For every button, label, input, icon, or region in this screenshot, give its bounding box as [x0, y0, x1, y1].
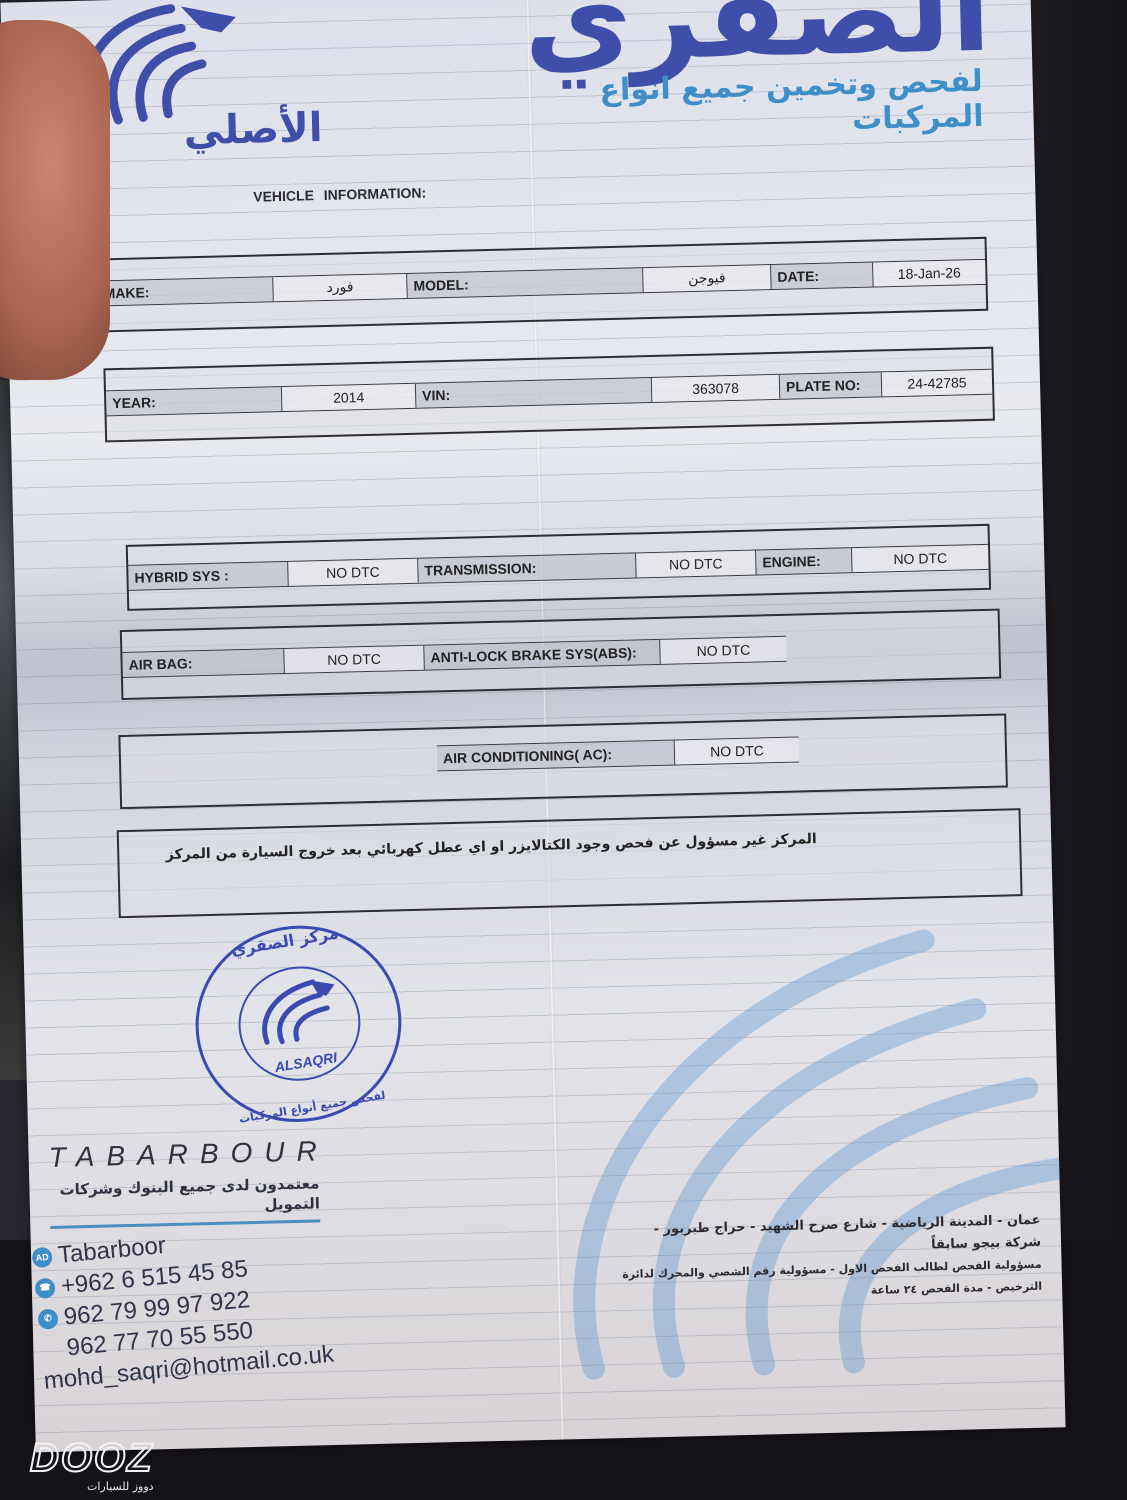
- hybrid-sys-label: HYBRID SYS :: [128, 562, 289, 590]
- transmission-label: TRANSMISSION:: [418, 553, 637, 582]
- model-label: MODEL:: [407, 268, 644, 298]
- systems-row-2: AIR BAG: NO DTC ANTI-LOCK BRAKE SYS(ABS)…: [122, 636, 786, 678]
- airbag-value: NO DTC: [284, 646, 425, 673]
- section-title: VEHICLE INFORMATION:: [253, 184, 426, 204]
- model-value: فيوجن: [643, 265, 772, 292]
- inspection-report-paper: الصقري الأصلي لفحص وتخمين جميع انواع الم…: [0, 0, 1065, 1452]
- plate-value: 24-42785: [882, 370, 993, 397]
- abs-label: ANTI-LOCK BRAKE SYS(ABS):: [424, 640, 661, 670]
- year-value: 2014: [282, 384, 417, 411]
- vin-label: VIN:: [416, 378, 653, 408]
- vin-value: 363078: [652, 375, 781, 402]
- vehicle-info-box-2: YEAR: 2014 VIN: 363078 PLATE NO: 24-4278…: [103, 347, 995, 443]
- falcon-watermark-icon: [502, 856, 1066, 1391]
- stamp-inner-ring: ALSAQRI: [230, 957, 369, 1089]
- watermark-subtitle: دووز للسيارات: [30, 1480, 154, 1493]
- contact-list: AD Tabarboor ☎ +962 6 515 45 85 ✆ 962 79…: [31, 1215, 335, 1397]
- vehicle-row-1: MAKE: فورد MODEL: فيوجن DATE: 18-Jan-26: [97, 259, 985, 307]
- systems-row-1: HYBRID SYS : NO DTC TRANSMISSION: NO DTC…: [128, 544, 988, 591]
- engine-label: ENGINE:: [756, 548, 853, 574]
- location-icon: AD: [31, 1246, 53, 1268]
- vehicle-info-box-1: MAKE: فورد MODEL: فيوجن DATE: 18-Jan-26: [95, 237, 989, 333]
- ac-label: AIR CONDITIONING( AC):: [437, 741, 676, 771]
- date-label: DATE:: [771, 263, 874, 289]
- address-block: عمان - المدينة الرياضية - شارع صرح الشهي…: [620, 1210, 1042, 1308]
- branch-name: TABARBOUR: [48, 1135, 329, 1174]
- brand-subtitle: الأصلي: [183, 105, 323, 154]
- phone-icon: ☎: [34, 1277, 56, 1299]
- brand-tagline: لفحص وتخمين جميع انواع المركبات: [462, 64, 984, 147]
- watermark-logo: DOOZ دووز للسيارات: [30, 1438, 154, 1493]
- ac-value: NO DTC: [675, 738, 800, 765]
- mobile-icon: ✆: [37, 1308, 59, 1330]
- vehicle-row-2: YEAR: 2014 VIN: 363078 PLATE NO: 24-4278…: [106, 369, 992, 417]
- stamp-top-text: مركز الصقري: [185, 916, 385, 967]
- hybrid-sys-value: NO DTC: [288, 559, 419, 586]
- holding-thumb: [0, 20, 110, 380]
- systems-row-3: AIR CONDITIONING( AC): NO DTC: [437, 737, 800, 772]
- abs-value: NO DTC: [660, 637, 787, 664]
- engine-value: NO DTC: [852, 545, 989, 572]
- mobile-icon: [41, 1349, 61, 1351]
- plate-label: PLATE NO:: [780, 372, 883, 398]
- date-value: 18-Jan-26: [873, 260, 986, 287]
- make-value: فورد: [273, 274, 408, 301]
- stamp-falcon-icon: [247, 970, 347, 1054]
- make-label: MAKE:: [97, 277, 274, 305]
- transmission-value: NO DTC: [636, 551, 757, 578]
- airbag-label: AIR BAG:: [122, 649, 285, 677]
- watermark-mark: DOOZ: [30, 1438, 154, 1478]
- year-label: YEAR:: [106, 387, 283, 415]
- official-stamp: مركز الصقري ALSAQRI لفحص جميع أنواع المر…: [181, 910, 416, 1137]
- stamp-bottom-text: لفحص جميع أنواع المركبات: [213, 1084, 412, 1129]
